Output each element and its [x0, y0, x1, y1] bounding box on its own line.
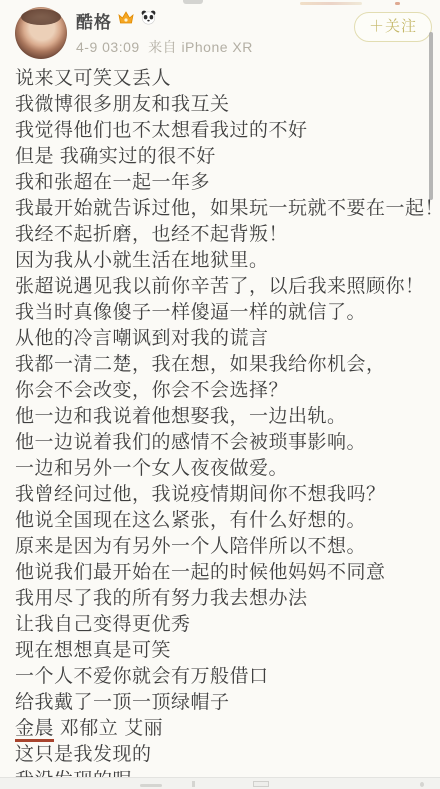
toolbar-remnant-icon — [253, 781, 269, 787]
follow-button[interactable]: ＋关注 — [354, 12, 432, 42]
post-text-line: 我都一清二楚，我在想，如果我给你机会， — [15, 352, 420, 378]
post-header: 酷格 4-9 03:09 来自 iPhone XR — [0, 0, 440, 62]
post-time: 4-9 03:09 — [76, 39, 140, 55]
post-text-line: 我和张超在一起一年多 — [15, 170, 420, 196]
weibo-post-screenshot: 酷格 4-9 03:09 来自 iPhone XR — [0, 0, 440, 789]
post-text-line: 我曾经问过他，我说疫情期间你不想我吗？ — [15, 482, 420, 508]
post-text-line: 这只是我发现的 — [15, 742, 420, 768]
post-text-line: 给我戴了一顶一顶绿帽子 — [15, 690, 420, 716]
post-text-line: 说来又可笑又丢人 — [15, 66, 420, 92]
post-text: 说来又可笑又丢人我微博很多朋友和我互关我觉得他们也不太想看我过的不好但是 我确实… — [15, 66, 420, 780]
post-text-line: 你会不会改变，你会不会选择？ — [15, 378, 420, 404]
post-text-line: 一边和另外一个女人夜夜做爱。 — [15, 456, 420, 482]
post-text-line: 他一边和我说着他想娶我，一边出轨。 — [15, 404, 420, 430]
avatar[interactable] — [15, 7, 67, 59]
post-text-line: 金晨 邓郁立 艾丽 — [15, 716, 420, 742]
toolbar-remnant-icon — [140, 784, 162, 787]
post-text-line: 我用尽了我的所有努力我去想办法 — [15, 586, 420, 612]
post-text-line: 我当时真像傻子一样傻逼一样的就信了。 — [15, 300, 420, 326]
post-text-line: 原来是因为有另外一个人陪伴所以不想。 — [15, 534, 420, 560]
bottom-toolbar-remnant — [0, 777, 440, 789]
post-text-line: 现在想想真是可笑 — [15, 638, 420, 664]
post-text-line: 张超说遇见我以前你辛苦了，以后我来照顾你！ — [15, 274, 420, 300]
panda-icon — [140, 10, 157, 30]
post-text-line: 让我自己变得更优秀 — [15, 612, 420, 638]
post-meta: 4-9 03:09 来自 iPhone XR — [76, 37, 257, 57]
post-text-line: 因为我从小就生活在地狱里。 — [15, 248, 420, 274]
post-text-line: 我最开始就告诉过他，如果玩一玩就不要在一起！ — [15, 196, 420, 222]
toolbar-remnant-icon — [192, 781, 195, 787]
post-source[interactable]: 来自 iPhone XR — [148, 39, 253, 55]
post-text-line: 他一边说着我们的感情不会被琐事影响。 — [15, 430, 420, 456]
toolbar-remnant-icon — [420, 782, 424, 787]
post-text-line: 但是 我确实过的很不好 — [15, 144, 420, 170]
post-text-line: 我微博很多朋友和我互关 — [15, 92, 420, 118]
vip-crown-icon — [117, 10, 135, 30]
avatar-hair — [21, 9, 61, 25]
scrollbar-thumb[interactable] — [429, 32, 433, 200]
post-text-line: 从他的冷言嘲讽到对我的谎言 — [15, 326, 420, 352]
post-text-line-rest: 邓郁立 艾丽 — [54, 718, 163, 739]
username[interactable]: 酷格 — [76, 8, 112, 33]
post-text-line: 我觉得他们也不太想看我过的不好 — [15, 118, 420, 144]
post-text-line: 他说我们最开始在一起的时候他妈妈不同意 — [15, 560, 420, 586]
post-text-line: 他说全国现在这么紧张，有什么好想的。 — [15, 508, 420, 534]
red-underlined-name: 金晨 — [15, 718, 54, 742]
post-text-line: 一个人不爱你就会有万般借口 — [15, 664, 420, 690]
post-text-line: 我经不起折磨，也经不起背叛！ — [15, 222, 420, 248]
